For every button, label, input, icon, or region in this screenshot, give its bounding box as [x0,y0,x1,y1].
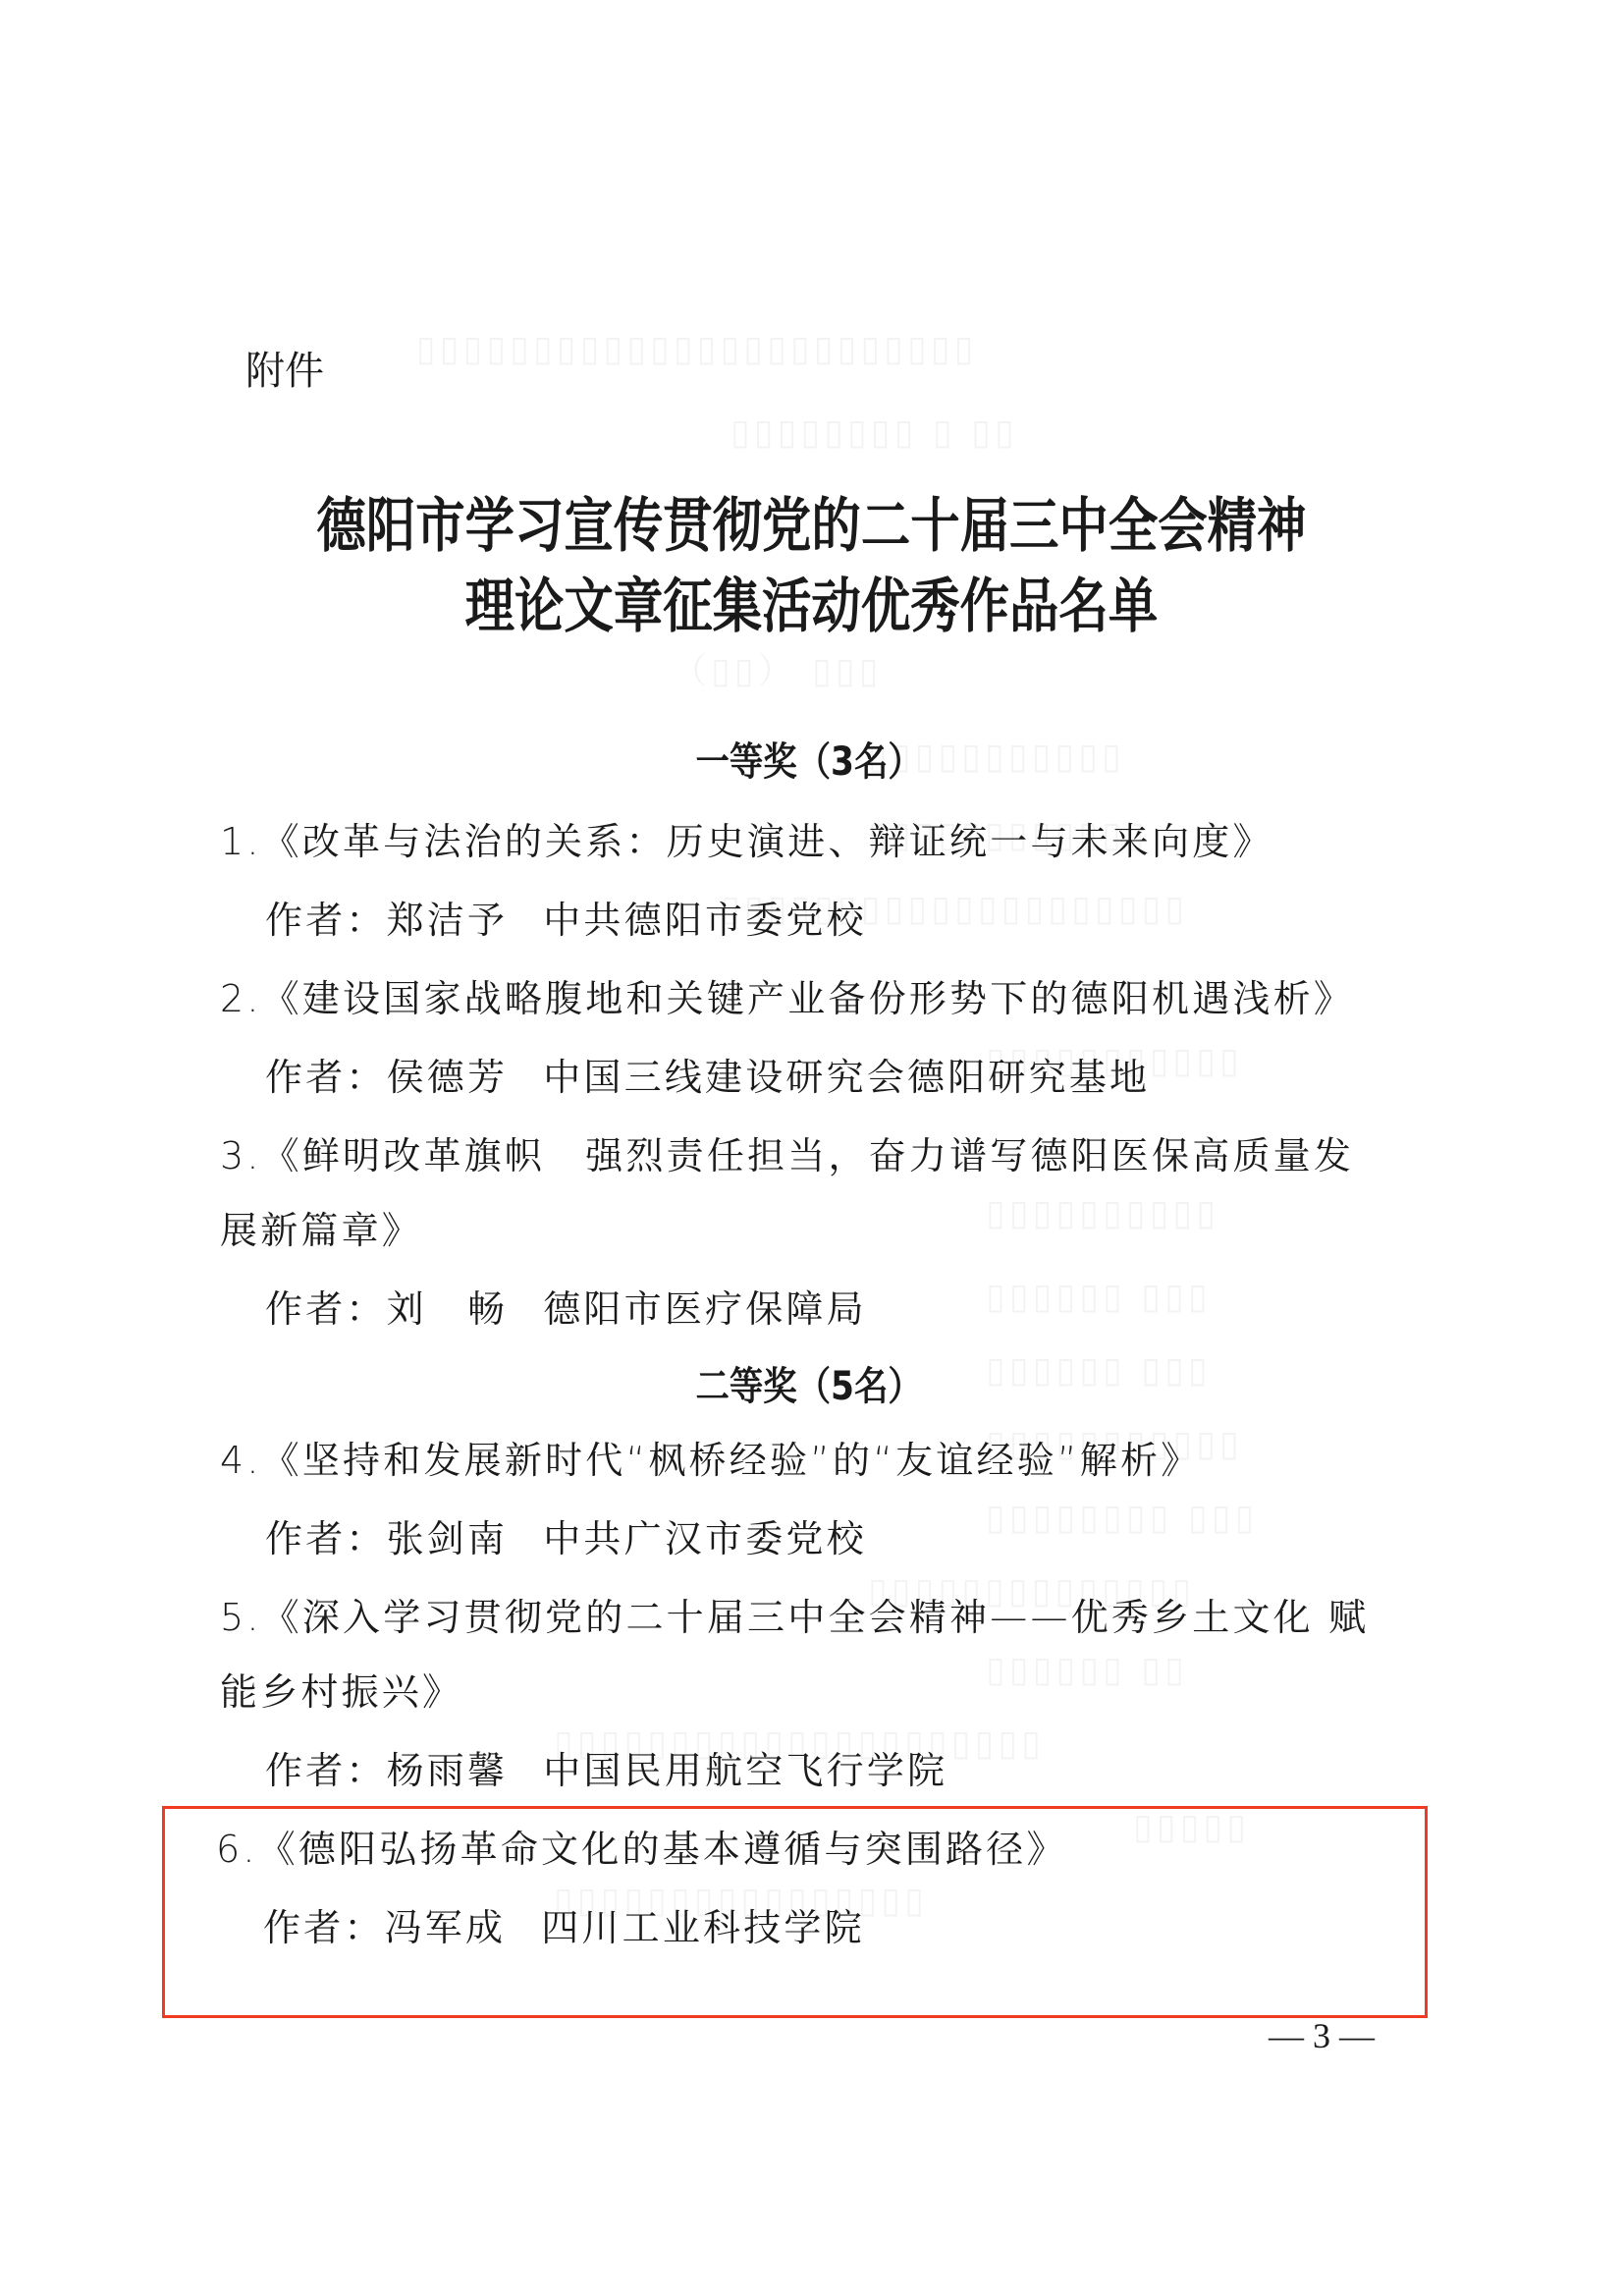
document-title-line-2: 理论文章征集活动优秀作品名单 [130,560,1493,644]
bleed-through-text: ▯▯▯ （▯▯） [668,643,879,693]
author-organization: 中国民用航空飞行学院 [543,1749,947,1792]
entry-author-line: 作者：张剑南中共广汉市委党校 [265,1508,867,1562]
author-prefix: 作者： [265,1517,387,1560]
author-organization: 四川工业科技学院 [541,1906,865,1949]
entry-title: 1.《改革与法治的关系：历史演进、辩证统一与未来向度》 [220,811,1273,865]
author-name: 杨雨馨 [387,1740,509,1794]
bleed-through-text: ▯▯▯ ▯▯▯▯▯▯▯▯ [982,1498,1254,1538]
author-name: 郑洁予 [387,890,509,944]
author-organization: 德阳市医疗保障局 [543,1287,867,1331]
author-organization: 中国三线建设研究会德阳研究基地 [543,1056,1150,1099]
entry-title: 3.《鲜明改革旗帜 强烈责任担当，奋力谱写德阳医保高质量发 [220,1125,1354,1179]
author-name: 侯德芳 [387,1047,509,1101]
entry-title-continuation: 展新篇章》 [220,1200,422,1254]
entry-author-line: 作者：郑洁予中共德阳市委党校 [265,890,867,944]
bleed-through-text: ▯▯ ▯▯▯▯▯▯ [982,1650,1184,1690]
entry-title: 5.《深入学习贯彻党的二十届三中全会精神——优秀乡土文化 赋 [220,1587,1369,1641]
bleed-through-text: ▯▯▯▯▯▯▯▯▯▯▯▯▯▯▯▯▯▯▯▯▯▯▯▯ [412,329,973,369]
author-name: 冯军成 [385,1897,507,1951]
bleed-through-text: ▯▯▯▯▯▯▯▯▯▯ [982,1193,1216,1233]
author-organization: 中共广汉市委党校 [543,1517,867,1560]
author-prefix: 作者： [265,1287,387,1331]
author-name: 刘 畅 [387,1279,509,1333]
bleed-through-text: ▯▯▯ ▯▯▯▯▯▯ [982,1277,1208,1317]
first-prize-heading: 一等奖（3名） [111,731,1507,787]
second-prize-heading: 二等奖（5名） [111,1355,1507,1411]
entry-author-line: 作者：侯德芳中国三线建设研究会德阳研究基地 [265,1047,1150,1101]
document-title-line-1: 德阳市学习宣传贯彻党的二十届三中全会精神 [130,479,1493,564]
highlighted-entry-title: 6.《德阳弘扬革命文化的基本遵循与突围路径》 [216,1819,1067,1873]
document-page: ▯▯▯▯▯▯▯▯▯▯▯▯▯▯▯▯▯▯▯▯▯▯▯▯ ▯▯ ▯ ▯▯▯▯▯▯▯▯ ▯… [0,0,1623,2296]
author-name: 张剑南 [387,1508,509,1562]
entry-author-line: 作者：刘 畅德阳市医疗保障局 [265,1279,867,1333]
author-prefix: 作者： [265,1749,387,1792]
author-organization: 中共德阳市委党校 [543,899,867,942]
entry-title: 2.《建设国家战略腹地和关键产业备份形势下的德阳机遇浅析》 [220,968,1354,1022]
page-number: — 3 — [1269,2015,1375,2056]
attachment-label: 附件 [245,340,324,396]
author-prefix: 作者： [263,1906,385,1949]
author-prefix: 作者： [265,899,387,942]
highlighted-entry-author-line: 作者：冯军成四川工业科技学院 [263,1897,865,1951]
entry-title: 4.《坚持和发展新时代“枫桥经验”的“友谊经验”解析》 [220,1430,1201,1484]
bleed-through-text: ▯▯ ▯ ▯▯▯▯▯▯▯▯ [727,412,1014,453]
entry-author-line: 作者：杨雨馨中国民用航空飞行学院 [265,1740,947,1794]
author-prefix: 作者： [265,1056,387,1099]
entry-title-continuation: 能乡村振兴》 [220,1662,462,1716]
